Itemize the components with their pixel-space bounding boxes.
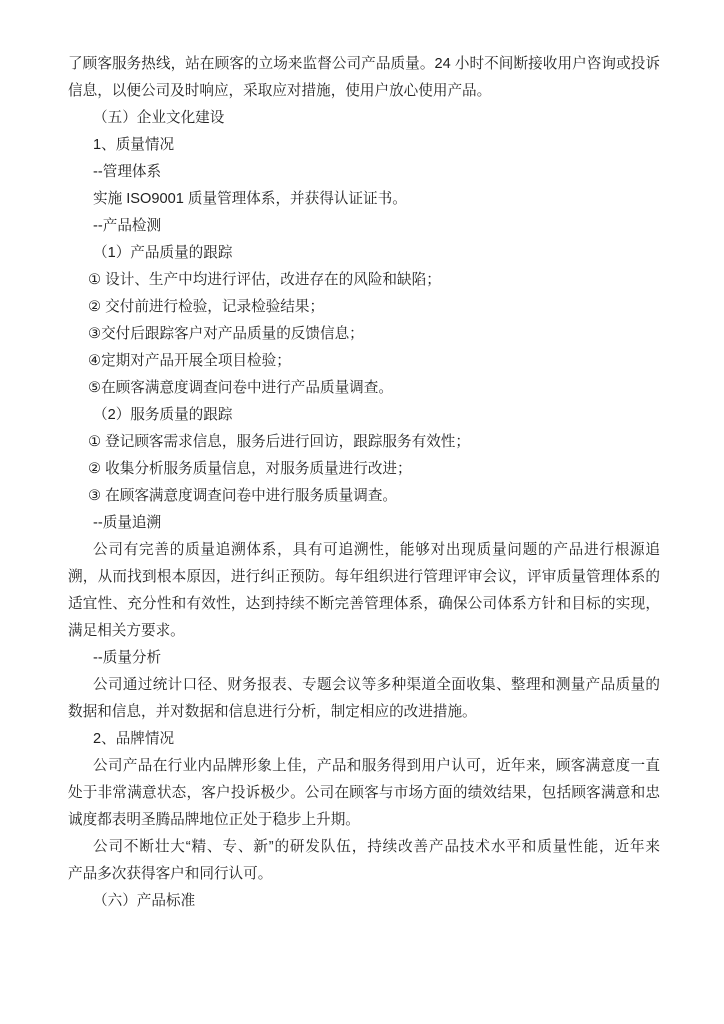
doc-line: ③ 在顾客满意度调查问卷中进行服务质量调查。 [68, 483, 660, 510]
doc-line: 公司有完善的质量追溯体系，具有可追溯性，能够对出现质量问题的产品进行根源追 [68, 537, 660, 564]
doc-line: ⑤在顾客满意度调查问卷中进行产品质量调查。 [68, 375, 660, 402]
doc-line: 信息，以便公司及时响应，采取应对措施，使用户放心使用产品。 [68, 78, 660, 105]
doc-line: ④定期对产品开展全项目检验； [68, 348, 660, 375]
doc-line: 公司产品在行业内品牌形象上佳，产品和服务得到用户认可，近年来，顾客满意度一直 [68, 753, 660, 780]
doc-line: --管理体系 [68, 159, 660, 186]
doc-line: 满足相关方要求。 [68, 618, 660, 645]
doc-line: ① 设计、生产中均进行评估，改进存在的风险和缺陷； [68, 267, 660, 294]
doc-line: ① 登记顾客需求信息，服务后进行回访，跟踪服务有效性； [68, 429, 660, 456]
doc-line: 了顾客服务热线，站在顾客的立场来监督公司产品质量。24 小时不间断接收用户咨询或… [68, 51, 660, 78]
doc-line: 1、质量情况 [68, 132, 660, 159]
doc-line: ② 收集分析服务质量信息，对服务质量进行改进； [68, 456, 660, 483]
doc-line: --产品检测 [68, 213, 660, 240]
doc-line: （六）产品标准 [68, 888, 660, 915]
doc-line: （五）企业文化建设 [68, 105, 660, 132]
doc-line: 溯，从而找到根本原因，进行纠正预防。每年组织进行管理评审会议，评审质量管理体系的 [68, 564, 660, 591]
doc-line: 公司通过统计口径、财务报表、专题会议等多种渠道全面收集、整理和测量产品质量的 [68, 672, 660, 699]
document-page: 了顾客服务热线，站在顾客的立场来监督公司产品质量。24 小时不间断接收用户咨询或… [0, 0, 724, 1024]
doc-line: 2、品牌情况 [68, 726, 660, 753]
doc-line: 适宜性、充分性和有效性，达到持续不断完善管理体系，确保公司体系方针和目标的实现， [68, 591, 660, 618]
doc-line: 产品多次获得客户和同行认可。 [68, 861, 660, 888]
doc-line: --质量分析 [68, 645, 660, 672]
doc-line: 数据和信息，并对数据和信息进行分析，制定相应的改进措施。 [68, 699, 660, 726]
doc-line: 实施 ISO9001 质量管理体系，并获得认证证书。 [68, 186, 660, 213]
doc-line: 公司不断壮大“精、专、新”的研发队伍，持续改善产品技术水平和质量性能，近年来 [68, 834, 660, 861]
doc-line: ③交付后跟踪客户对产品质量的反馈信息； [68, 321, 660, 348]
doc-line: （1）产品质量的跟踪 [68, 240, 660, 267]
doc-line: ② 交付前进行检验，记录检验结果； [68, 294, 660, 321]
doc-line: （2）服务质量的跟踪 [68, 402, 660, 429]
doc-line: --质量追溯 [68, 510, 660, 537]
document-body: 了顾客服务热线，站在顾客的立场来监督公司产品质量。24 小时不间断接收用户咨询或… [68, 51, 660, 915]
doc-line: 处于非常满意状态，客户投诉极少。公司在顾客与市场方面的绩效结果，包括顾客满意和忠 [68, 780, 660, 807]
doc-line: 诚度都表明圣腾品牌地位正处于稳步上升期。 [68, 807, 660, 834]
